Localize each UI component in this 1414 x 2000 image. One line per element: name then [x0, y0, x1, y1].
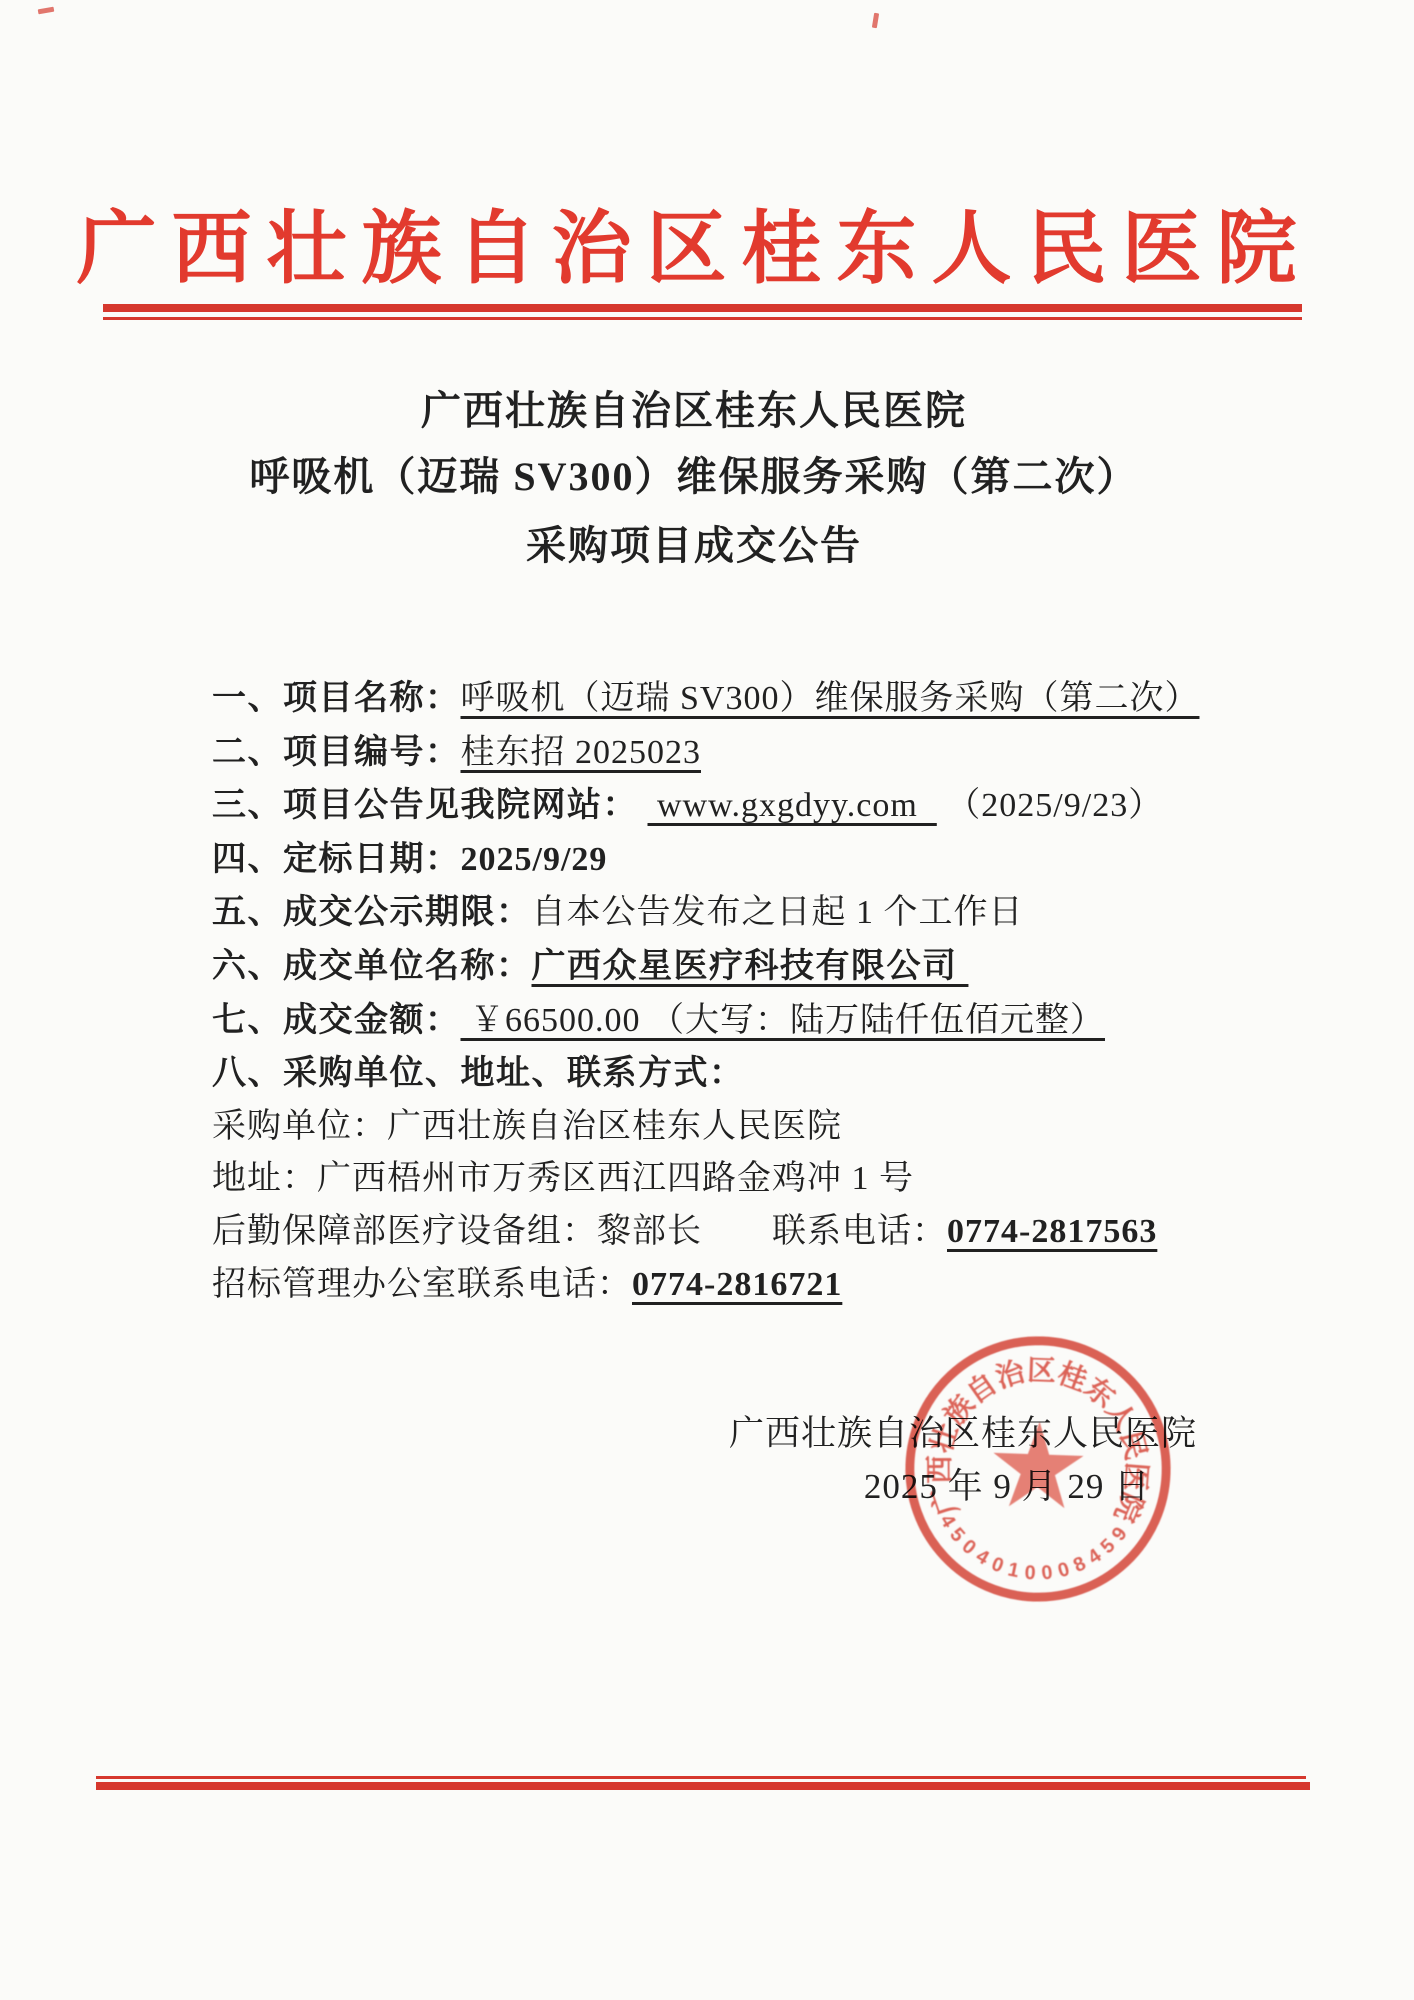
body-text: （2025/9/23）: [937, 787, 1163, 824]
body-line: 地址：广西梧州市万秀区西江四路金鸡冲 1 号: [212, 1153, 1352, 1206]
body-text: 自本公告发布之日起 1 个工作日: [532, 894, 1024, 931]
body-line: 一、项目名称：呼吸机（迈瑞 SV300）维保服务采购（第二次）: [212, 672, 1352, 726]
body-value-underlined: 0774-2817563: [947, 1213, 1157, 1250]
body-label: 一、项目名称：: [212, 679, 461, 717]
body-value-underlined: 桂东招 2025023: [461, 734, 702, 771]
letterhead-org-title: 广西壮族自治区桂东人民医院: [0, 184, 1388, 299]
letterhead-rule-thick: [103, 304, 1302, 312]
body-line: 七、成交金额： ￥66500.00 （大写：陆万陆仟伍佰元整）: [212, 994, 1352, 1048]
body-label: 二、项目编号：: [212, 733, 461, 771]
scan-speck: [872, 13, 879, 29]
body-value-underlined: 广西众星医疗科技有限公司: [532, 947, 969, 985]
body-label: 四、定标日期：: [212, 840, 461, 878]
body-text: 联系电话：: [772, 1213, 947, 1250]
scan-speck: [38, 7, 55, 15]
body-line: 八、采购单位、地址、联系方式：: [212, 1047, 1352, 1101]
body-text: 招标管理办公室联系电话：: [212, 1266, 632, 1303]
body-text: [702, 1213, 772, 1250]
body-value-underlined: www.gxgdyy.com: [648, 787, 937, 824]
doc-title-line1: 广西壮族自治区桂东人民医院: [0, 379, 1388, 436]
body-line: 招标管理办公室联系电话：0774-2816721: [212, 1259, 1352, 1312]
letterhead-rule-thin: [103, 317, 1302, 320]
announcement-body: 一、项目名称：呼吸机（迈瑞 SV300）维保服务采购（第二次）二、项目编号：桂东…: [212, 672, 1352, 1311]
body-label: 七、成交金额：: [212, 1001, 461, 1039]
body-line: 二、项目编号：桂东招 2025023: [212, 726, 1352, 780]
body-line: 六、成交单位名称：广西众星医疗科技有限公司: [212, 940, 1352, 994]
doc-title-line2: 呼吸机（迈瑞 SV300）维保服务采购（第二次）: [0, 445, 1388, 502]
body-value-underlined: 呼吸机（迈瑞 SV300）维保服务采购（第二次）: [461, 680, 1200, 717]
body-text: 采购单位：广西壮族自治区桂东人民医院: [212, 1108, 842, 1145]
body-line: 后勤保障部医疗设备组：黎部长 联系电话：0774-2817563: [212, 1206, 1352, 1259]
body-label: 2025/9/29: [461, 841, 608, 878]
body-text: 后勤保障部医疗设备组：黎部长: [212, 1213, 702, 1250]
body-label: 六、成交单位名称：: [212, 947, 532, 985]
footer-rule-thick: [96, 1782, 1310, 1790]
body-line: 四、定标日期：2025/9/29: [212, 833, 1352, 887]
body-line: 三、项目公告见我院网站： www.gxgdyy.com （2025/9/23）: [212, 779, 1352, 833]
doc-title-line3: 采购项目成交公告: [0, 514, 1388, 571]
body-line: 采购单位：广西壮族自治区桂东人民医院: [212, 1101, 1352, 1154]
body-value-underlined: ￥66500.00 （大写：陆万陆仟伍佰元整）: [461, 1002, 1106, 1039]
official-seal-stamp: 广西壮族自治区桂东人民医院 4504010008459: [895, 1326, 1180, 1611]
body-label: 八、采购单位、地址、联系方式：: [212, 1054, 745, 1092]
body-label: 五、成交公示期限：: [212, 893, 532, 931]
body-value-underlined: 0774-2816721: [632, 1266, 842, 1303]
body-line: 五、成交公示期限：自本公告发布之日起 1 个工作日: [212, 886, 1352, 940]
seal-star-icon: [992, 1420, 1085, 1509]
body-text: [638, 787, 648, 824]
body-label: 三、项目公告见我院网站：: [212, 786, 638, 824]
body-text: 地址：广西梧州市万秀区西江四路金鸡冲 1 号: [212, 1160, 914, 1197]
scanned-announcement-page: { "letterhead": { "org": "广西壮族自治区桂东人民医院"…: [0, 0, 1414, 2000]
footer-rule-thin: [96, 1776, 1306, 1779]
